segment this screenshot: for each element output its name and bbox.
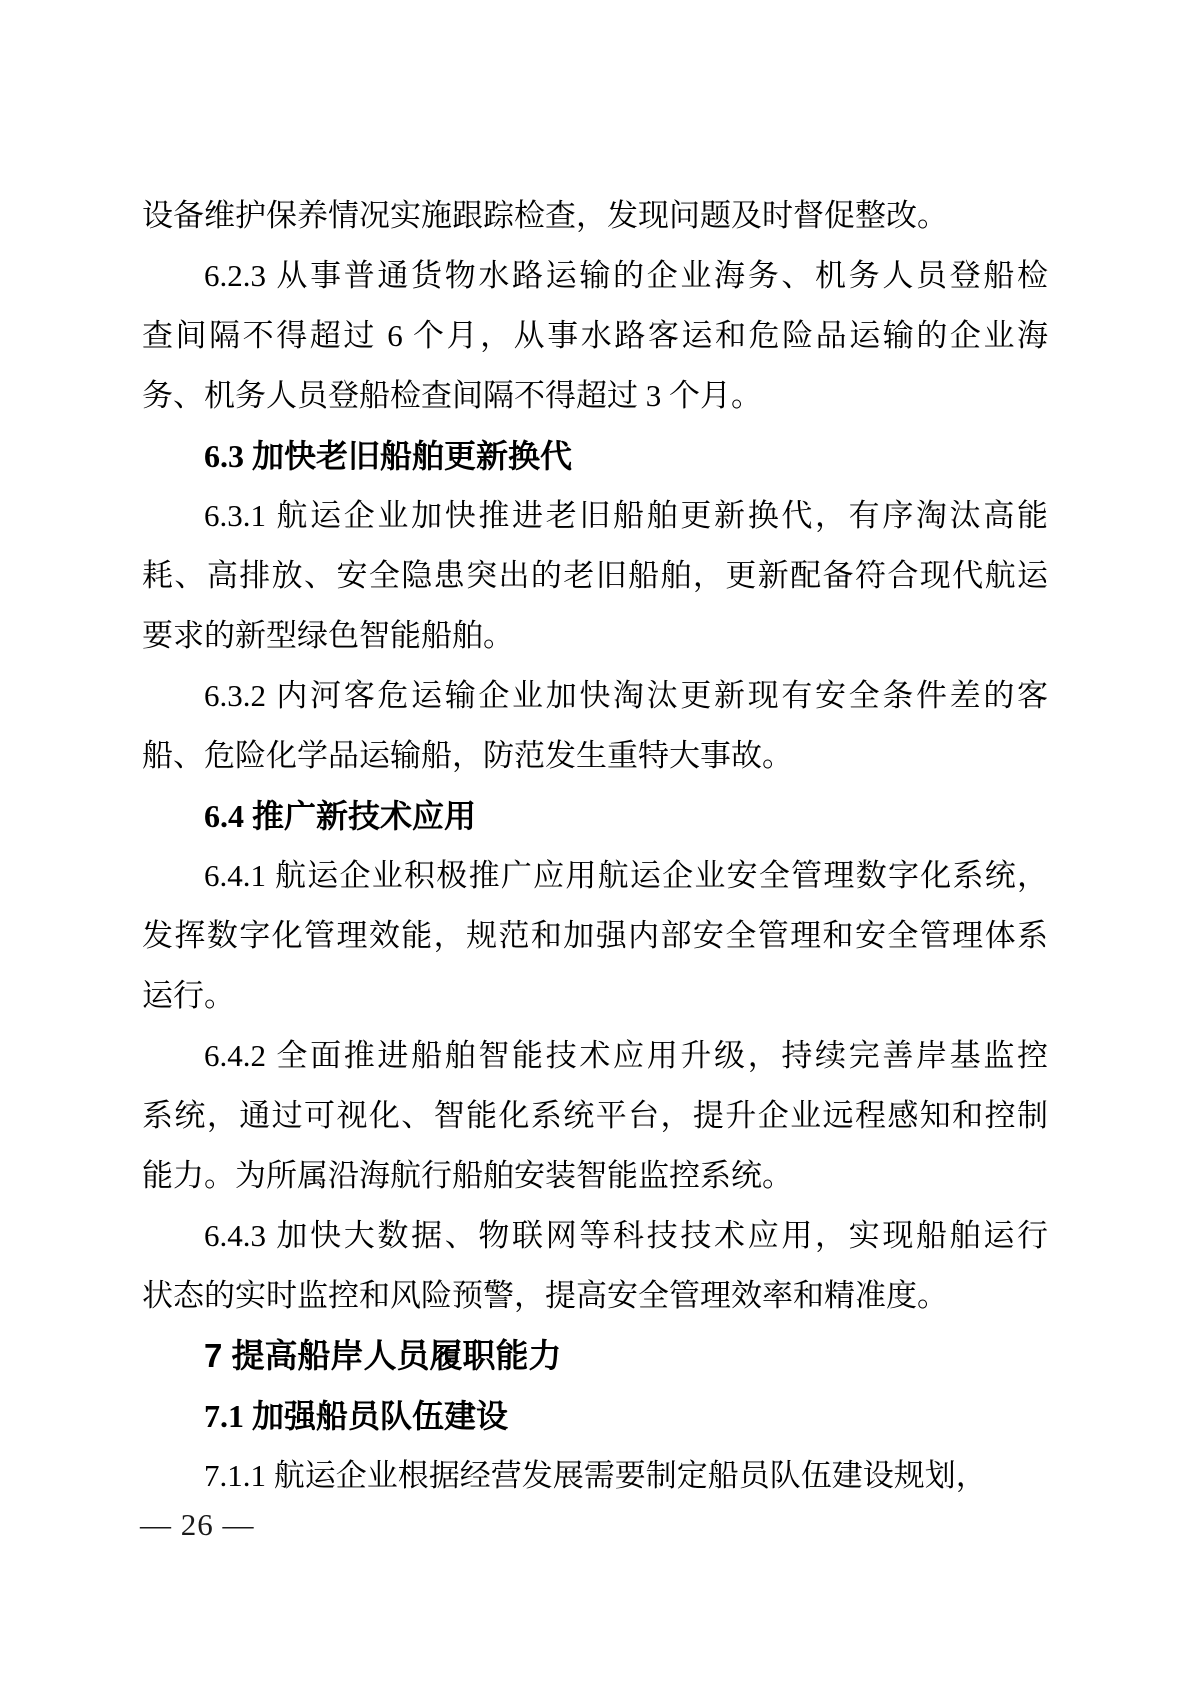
body-text-line: 系统，通过可视化、智能化系统平台，提升企业远程感知和控制: [142, 1086, 1048, 1146]
document-body: 设备维护保养情况实施跟踪检查，发现问题及时督促整改。6.2.3 从事普通货物水路…: [142, 186, 1048, 1506]
section-heading: 7.1 加强船员队伍建设: [142, 1386, 1048, 1446]
section-heading: 6.4 推广新技术应用: [142, 786, 1048, 846]
body-text-line: 6.4.3 加快大数据、物联网等科技技术应用，实现船舶运行: [142, 1206, 1048, 1266]
body-text-line: 务、机务人员登船检查间隔不得超过 3 个月。: [142, 366, 1048, 426]
body-text-line: 查间隔不得超过 6 个月，从事水路客运和危险品运输的企业海: [142, 306, 1048, 366]
body-text-line: 6.4.1 航运企业积极推广应用航运企业安全管理数字化系统，: [142, 846, 1048, 906]
body-text-line: 船、危险化学品运输船，防范发生重特大事故。: [142, 726, 1048, 786]
body-text-line: 6.3.1 航运企业加快推进老旧船舶更新换代，有序淘汰高能: [142, 486, 1048, 546]
body-text-line: 状态的实时监控和风险预警，提高安全管理效率和精准度。: [142, 1266, 1048, 1326]
body-text-line: 7.1.1 航运企业根据经营发展需要制定船员队伍建设规划，: [142, 1446, 1048, 1506]
body-text-line: 要求的新型绿色智能船舶。: [142, 606, 1048, 666]
body-text-line: 运行。: [142, 966, 1048, 1026]
document-page: 设备维护保养情况实施跟踪检查，发现问题及时督促整改。6.2.3 从事普通货物水路…: [0, 0, 1191, 1684]
section-heading: 7 提高船岸人员履职能力: [142, 1326, 1048, 1386]
page-number: — 26 —: [140, 1505, 255, 1545]
body-text-line: 发挥数字化管理效能，规范和加强内部安全管理和安全管理体系: [142, 906, 1048, 966]
section-heading: 6.3 加快老旧船舶更新换代: [142, 426, 1048, 486]
body-text-line: 设备维护保养情况实施跟踪检查，发现问题及时督促整改。: [142, 186, 1048, 246]
body-text-line: 能力。为所属沿海航行船舶安装智能监控系统。: [142, 1146, 1048, 1206]
body-text-line: 6.2.3 从事普通货物水路运输的企业海务、机务人员登船检: [142, 246, 1048, 306]
body-text-line: 6.4.2 全面推进船舶智能技术应用升级，持续完善岸基监控: [142, 1026, 1048, 1086]
body-text-line: 耗、高排放、安全隐患突出的老旧船舶，更新配备符合现代航运: [142, 546, 1048, 606]
body-text-line: 6.3.2 内河客危运输企业加快淘汰更新现有安全条件差的客: [142, 666, 1048, 726]
